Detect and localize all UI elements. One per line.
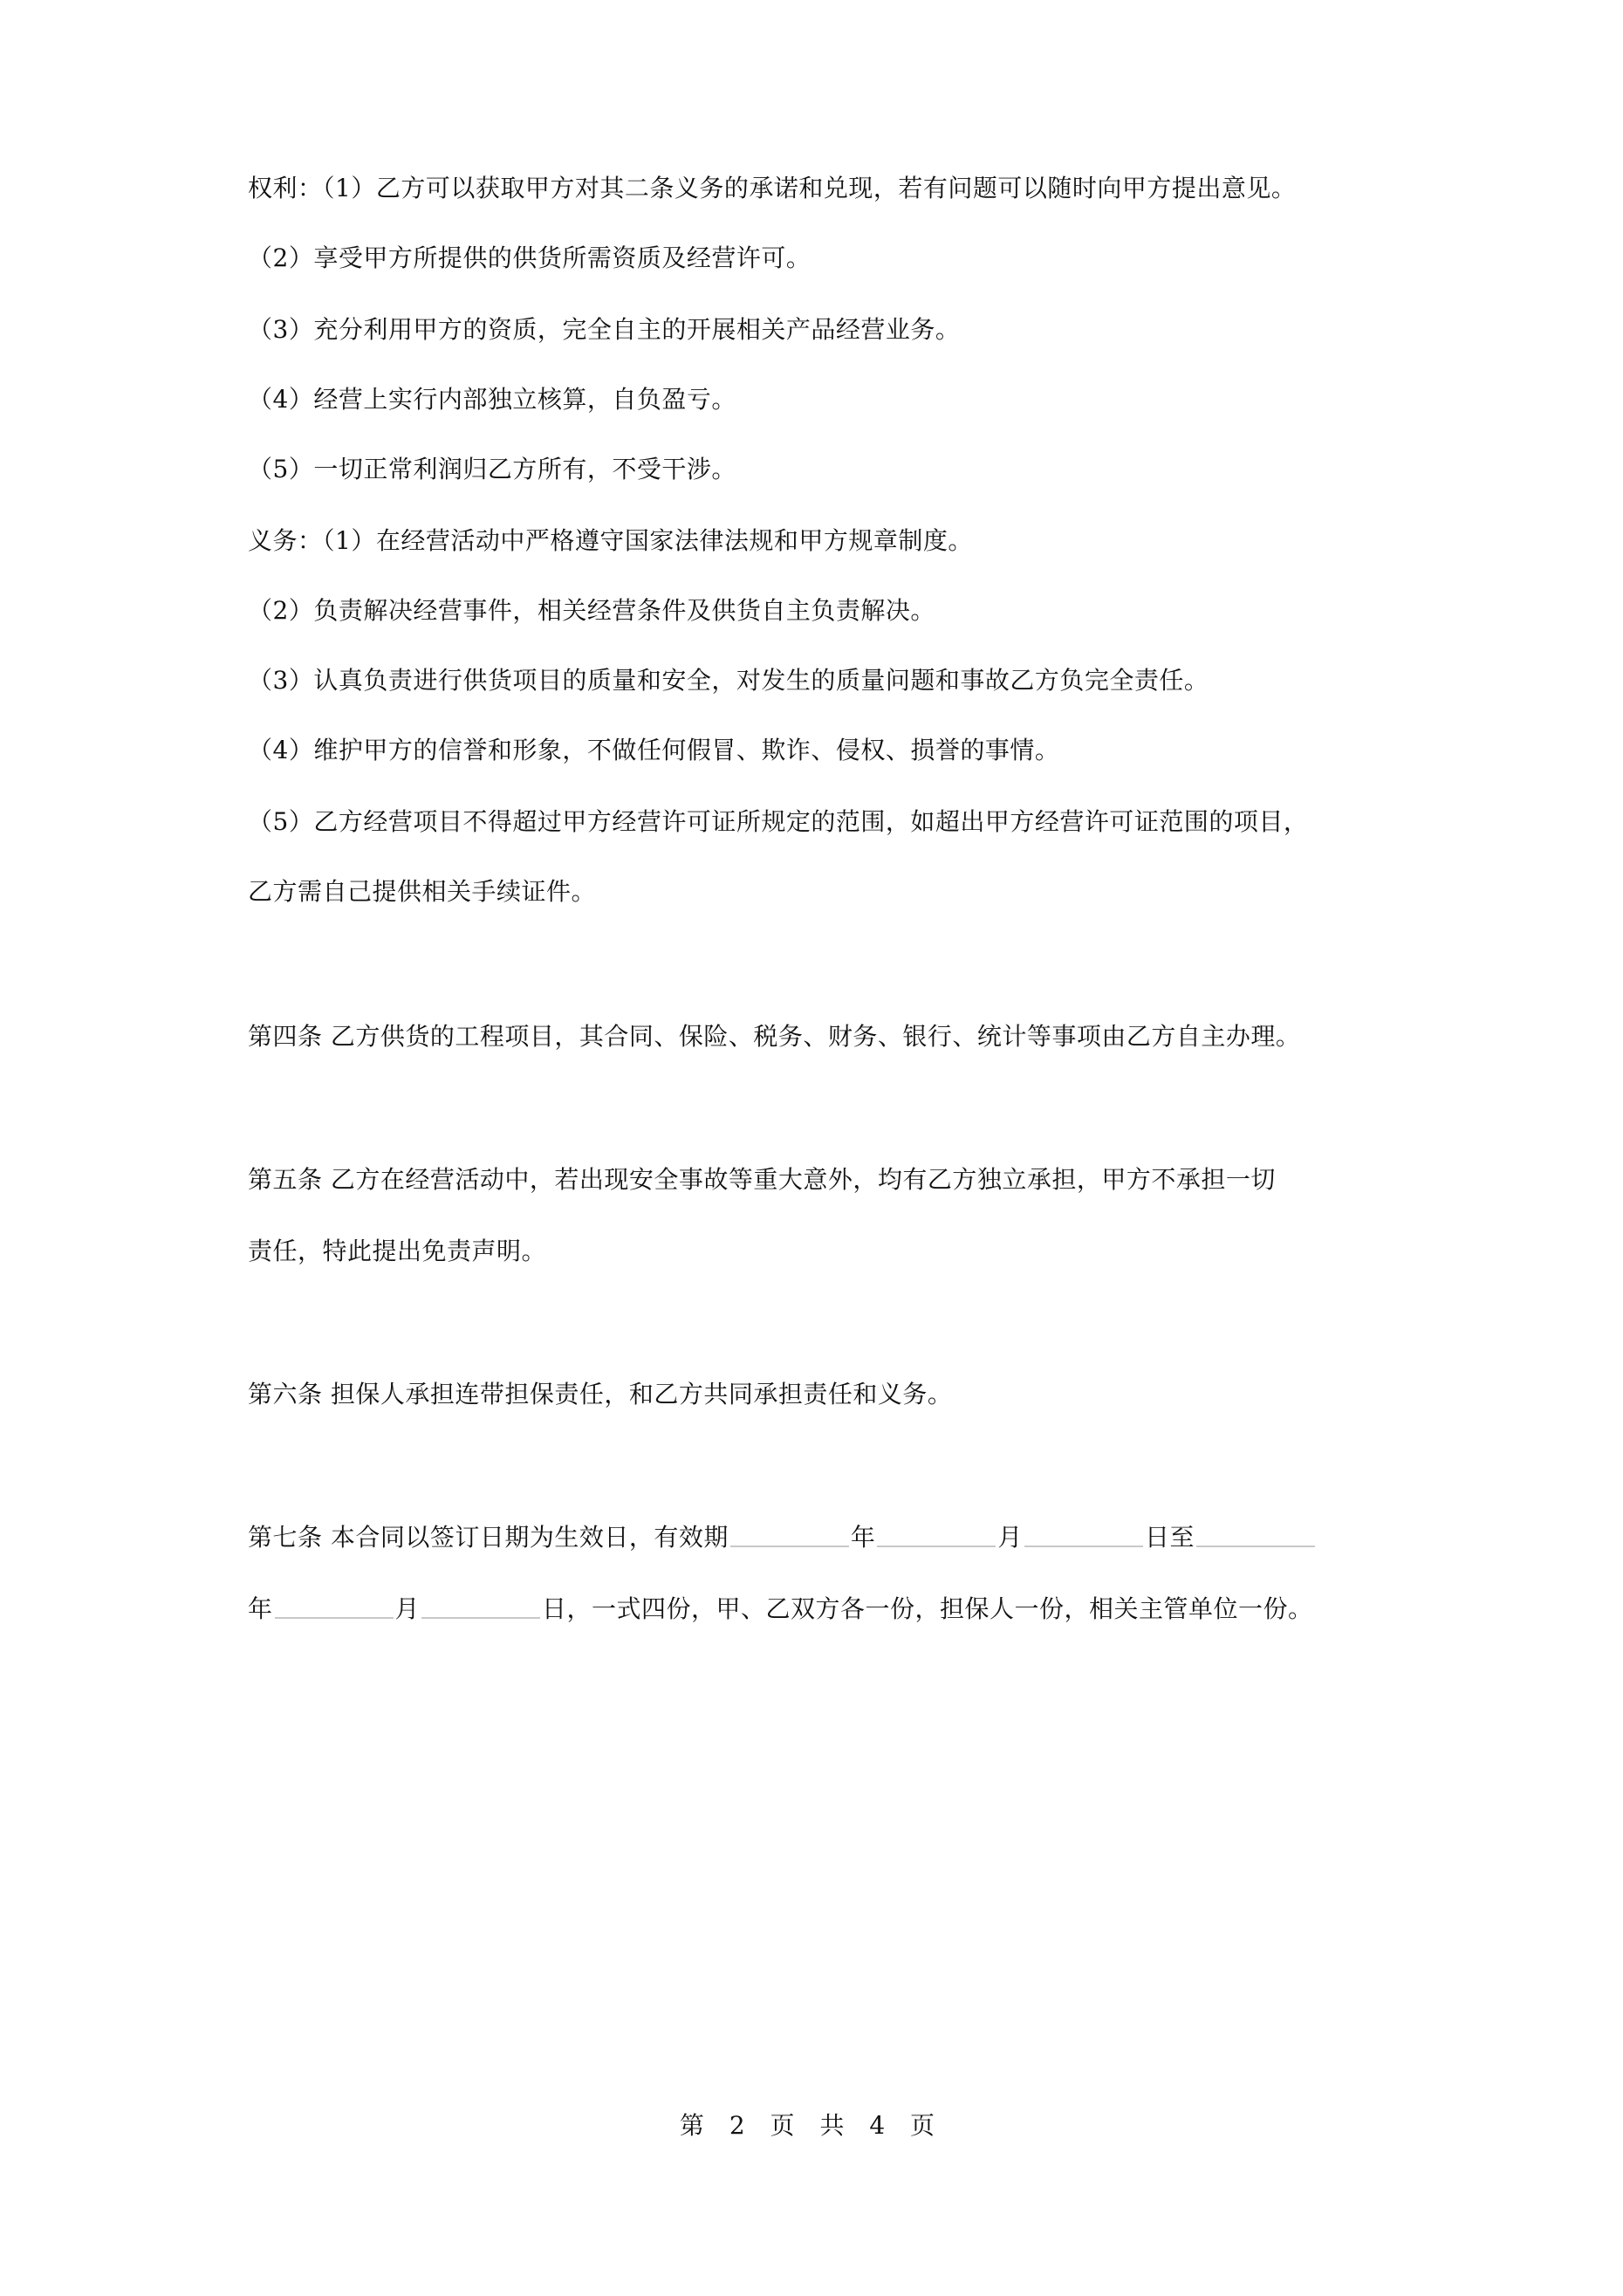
document-page: 权利：（1）乙方可以获取甲方对其二条义务的承诺和兑现，若有问题可以随时向甲方提出… (0, 0, 1623, 2296)
article-6: 第六条 担保人承担连带担保责任，和乙方共同承担责任和义务。 (248, 1379, 952, 1410)
obligations-item-5: （5）乙方经营项目不得超过甲方经营许可证所规定的范围，如超出甲方经营许可证范围的… (248, 806, 1308, 838)
rights-item-5: （5）一切正常利润归乙方所有，不受干涉。 (248, 454, 736, 485)
end-year-blank[interactable] (1196, 1546, 1315, 1547)
obligations-item-1-text: （1）在经营活动中严格遵守国家法律法规和甲方规章制度。 (323, 526, 973, 555)
start-day-blank[interactable] (1024, 1546, 1143, 1547)
obligations-item-5-continued: 乙方需自己提供相关手续证件。 (248, 876, 596, 908)
rights-item-1-text: （1）乙方可以获取甲方对其二条义务的承诺和兑现，若有问题可以随时向甲方提出意见。 (323, 174, 1297, 202)
end-year-label: 年 (248, 1594, 273, 1623)
obligations-label: 义务： (248, 526, 323, 555)
article-7-line-2: 年月日，一式四份，甲、乙双方各一份，担保人一份，相关主管单位一份。 (248, 1593, 1313, 1625)
rights-item-4: （4）经营上实行内部独立核算，自负盈亏。 (248, 384, 736, 415)
obligations-item-3: （3）认真负责进行供货项目的质量和安全，对发生的质量问题和事故乙方负完全责任。 (248, 665, 1209, 696)
article-4: 第四条 乙方供货的工程项目，其合同、保险、税务、财务、银行、统计等事项由乙方自主… (248, 1021, 1300, 1052)
end-month-label: 月 (395, 1594, 421, 1623)
article-5-line-2: 责任，特此提出免责声明。 (248, 1236, 546, 1267)
obligations-item-4: （4）维护甲方的信誉和形象，不做任何假冒、欺诈、侵权、损誉的事情。 (248, 735, 1059, 766)
end-month-blank[interactable] (275, 1617, 394, 1619)
start-year-blank[interactable] (730, 1546, 849, 1547)
rights-item-2: （2）享受甲方所提供的供货所需资质及经营许可。 (248, 243, 811, 274)
page-number: 第 2 页 共 4 页 (0, 2110, 1623, 2142)
rights-item-3: （3）充分利用甲方的资质，完全自主的开展相关产品经营业务。 (248, 314, 960, 346)
rights-item-1: 权利：（1）乙方可以获取甲方对其二条义务的承诺和兑现，若有问题可以随时向甲方提出… (248, 173, 1296, 204)
obligations-item-1: 义务：（1）在经营活动中严格遵守国家法律法规和甲方规章制度。 (248, 525, 973, 557)
rights-label: 权利： (248, 174, 323, 202)
article-7-suffix: 日，一式四份，甲、乙双方各一份，担保人一份，相关主管单位一份。 (542, 1594, 1313, 1623)
year-label: 年 (851, 1523, 876, 1552)
article-7-prefix: 第七条 本合同以签订日期为生效日，有效期 (248, 1523, 729, 1552)
end-day-blank[interactable] (421, 1617, 540, 1619)
article-5-line-1: 第五条 乙方在经营活动中，若出现安全事故等重大意外，均有乙方独立承担，甲方不承担… (248, 1164, 1276, 1196)
day-to-label: 日至 (1145, 1523, 1195, 1552)
month-label: 月 (997, 1523, 1023, 1552)
article-7-line-1: 第七条 本合同以签订日期为生效日，有效期年月日至 (248, 1522, 1317, 1553)
obligations-item-2: （2）负责解决经营事件，相关经营条件及供货自主负责解决。 (248, 595, 935, 627)
start-month-blank[interactable] (877, 1546, 996, 1547)
